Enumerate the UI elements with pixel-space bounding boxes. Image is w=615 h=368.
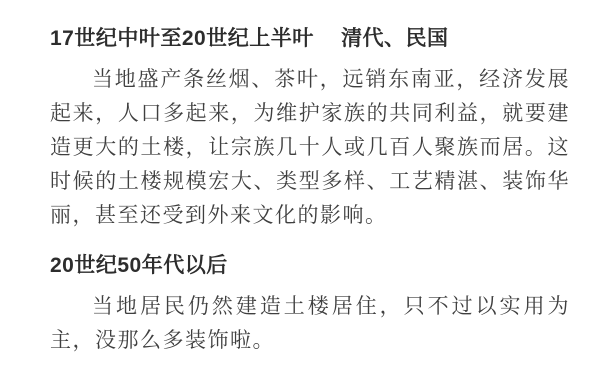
section-after-1950s: 20世纪50年代以后 当地居民仍然建造土楼居住，只不过以实用为主，没那么多装饰啦…	[50, 254, 570, 357]
document-page: 17世纪中叶至20世纪上半叶 清代、民国 当地盛产条丝烟、茶叶，远销东南亚，经济…	[0, 0, 615, 368]
section-1-heading: 17世纪中叶至20世纪上半叶 清代、民国	[50, 27, 570, 50]
section-1-heading-period: 17世纪中叶至20世纪上半叶	[50, 27, 314, 50]
section-1-heading-era: 清代、民国	[341, 27, 449, 50]
section-qing-minguo: 17世纪中叶至20世纪上半叶 清代、民国 当地盛产条丝烟、茶叶，远销东南亚，经济…	[50, 27, 570, 232]
section-2-paragraph: 当地居民仍然建造土楼居住，只不过以实用为主，没那么多装饰啦。	[50, 289, 570, 357]
section-2-heading: 20世纪50年代以后	[50, 254, 570, 277]
section-1-paragraph: 当地盛产条丝烟、茶叶，远销东南亚，经济发展起来，人口多起来，为维护家族的共同利益…	[50, 62, 570, 232]
